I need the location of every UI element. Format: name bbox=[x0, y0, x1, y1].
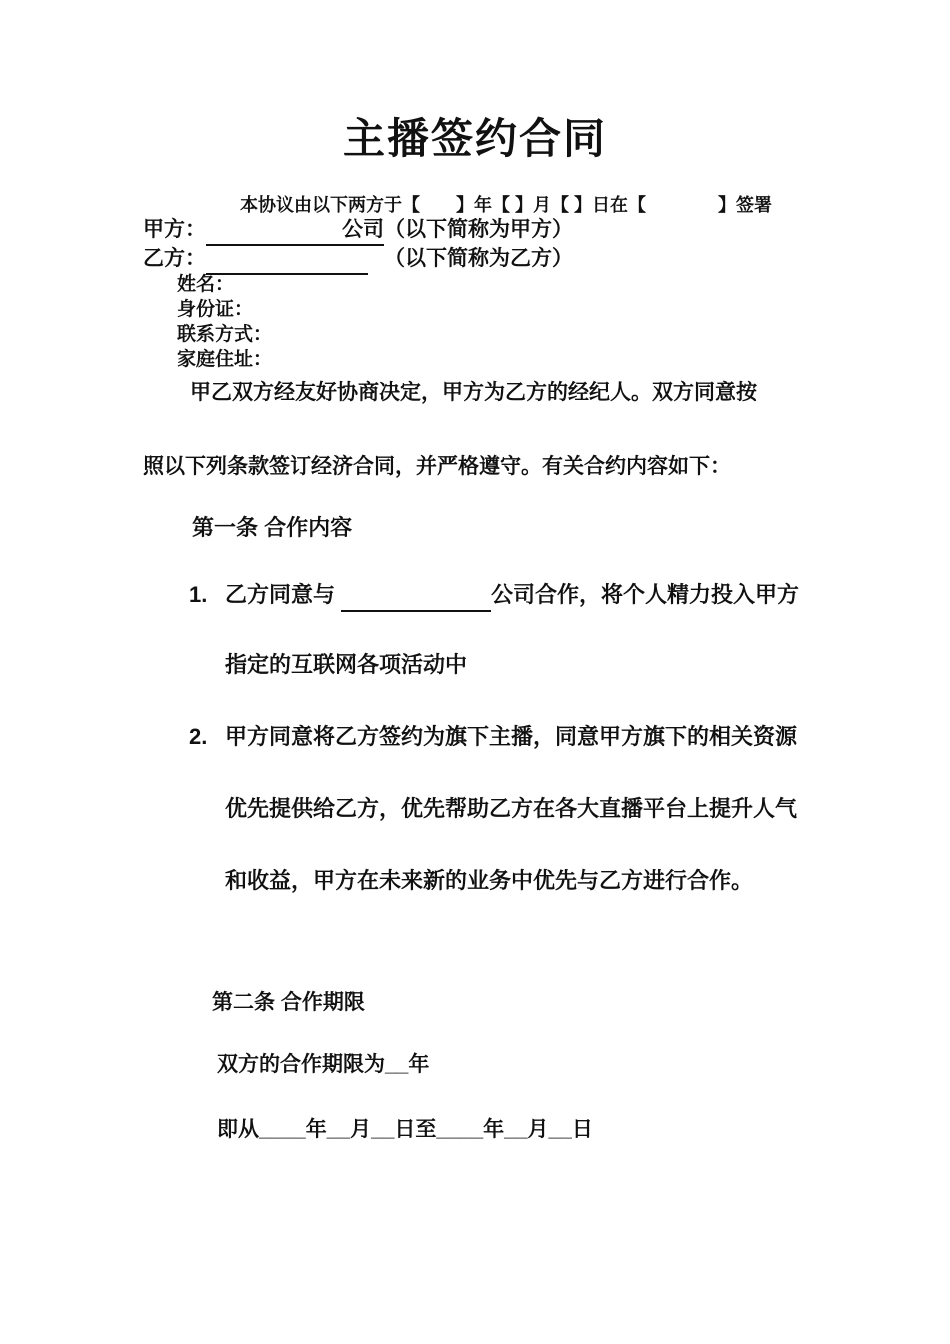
item2-line3: 和收益，甲方在未来新的业务中优先与乙方进行合作。 bbox=[225, 866, 753, 896]
info-field-contact: 联系方式： bbox=[177, 322, 272, 348]
section2-heading: 第二条 合作期限 bbox=[212, 989, 365, 1017]
item1-number: 1. bbox=[189, 580, 225, 610]
item1-text-before-blank: 乙方同意与 bbox=[225, 582, 335, 607]
item1-text-after-blank: 公司合作，将个人精力投入甲方 bbox=[491, 582, 799, 607]
party-b-paren: （以下简称为乙方） bbox=[384, 247, 573, 270]
party-a-label: 甲方： bbox=[143, 218, 206, 241]
party-a-line: 甲方：公司（以下简称为甲方） bbox=[143, 216, 573, 246]
item2-line2: 优先提供给乙方，优先帮助乙方在各大直播平台上提升人气 bbox=[225, 794, 797, 824]
party-b-line: 乙方：（以下简称为乙方） bbox=[143, 245, 573, 275]
date-line: 即从____年__月__日至____年__月__日 bbox=[217, 1116, 593, 1144]
party-b-blank bbox=[206, 245, 368, 275]
party-b-label: 乙方： bbox=[143, 247, 206, 270]
item1-line1: 1.乙方同意与公司合作，将个人精力投入甲方 bbox=[189, 580, 799, 612]
info-field-id: 身份证： bbox=[177, 297, 253, 323]
item2-line1: 2.甲方同意将乙方签约为旗下主播，同意甲方旗下的相关资源 bbox=[189, 722, 797, 752]
preamble-line-1: 甲乙双方经友好协商决定，甲方为乙方的经纪人。双方同意按 bbox=[190, 379, 757, 407]
info-field-name: 姓名： bbox=[177, 272, 234, 298]
intro-line: 本协议由以下两方于【 】年【 】月【 】日在【 】签署 bbox=[240, 193, 772, 217]
section1-heading: 第一条 合作内容 bbox=[192, 513, 352, 543]
term-line: 双方的合作期限为__年 bbox=[217, 1051, 429, 1079]
item2-text-line1: 甲方同意将乙方签约为旗下主播，同意甲方旗下的相关资源 bbox=[225, 724, 797, 749]
item1-line2: 指定的互联网各项活动中 bbox=[225, 650, 467, 680]
party-a-company: 公司 bbox=[342, 218, 384, 241]
party-a-paren: （以下简称为甲方） bbox=[384, 218, 573, 241]
doc-title: 主播签约合同 bbox=[0, 106, 950, 166]
item2-number: 2. bbox=[189, 722, 225, 752]
item1-blank bbox=[341, 580, 491, 612]
party-a-blank: 公司 bbox=[206, 216, 384, 246]
contract-page: 主播签约合同 本协议由以下两方于【 】年【 】月【 】日在【 】签署 甲方：公司… bbox=[0, 0, 950, 1344]
preamble-line-2: 照以下列条款签订经济合同，并严格遵守。有关合约内容如下： bbox=[143, 453, 731, 481]
info-field-address: 家庭住址： bbox=[177, 347, 272, 373]
